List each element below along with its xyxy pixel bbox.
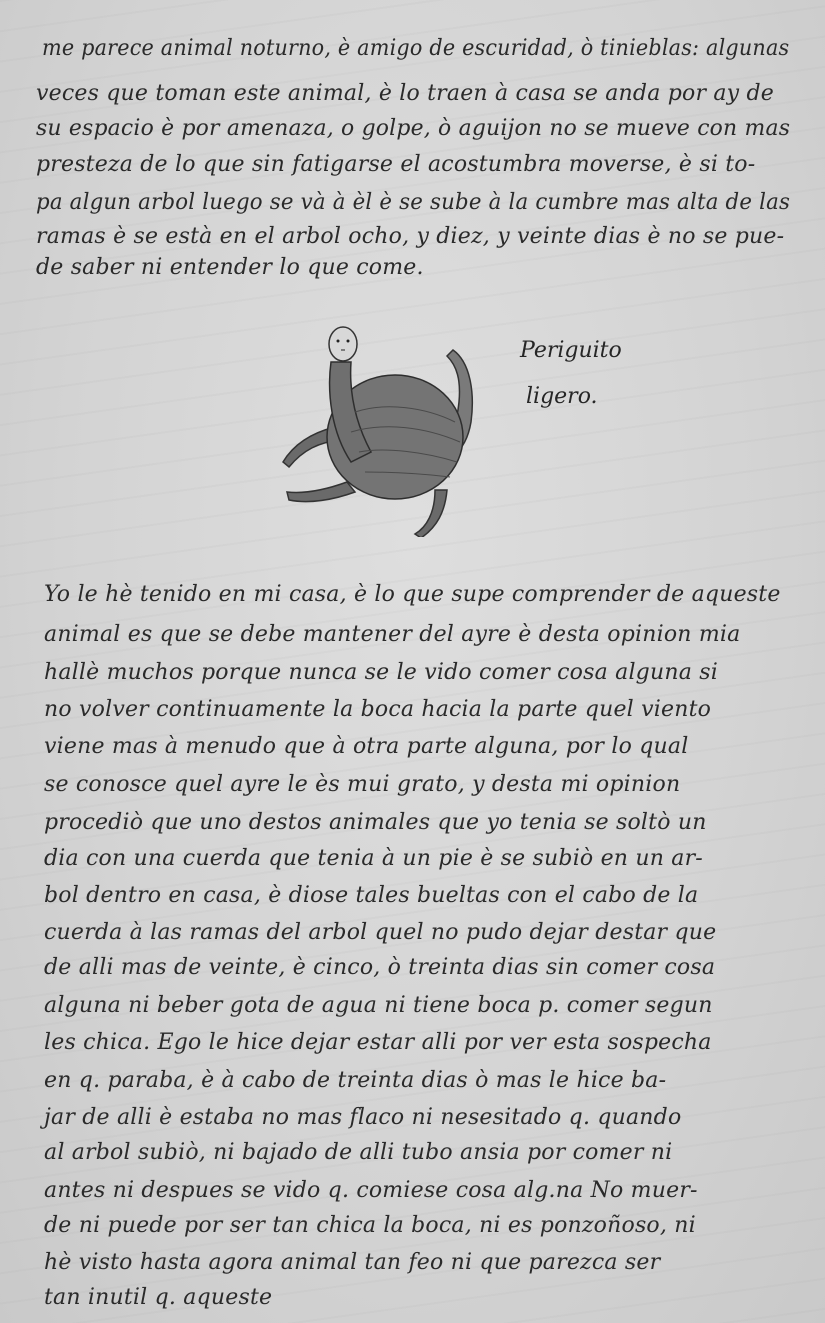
sloth-drawing-icon — [275, 322, 500, 537]
text-line: dia con una cuerda que tenia à un pie è … — [44, 846, 703, 871]
text-line: bol dentro en casa, è diose tales buelta… — [44, 883, 698, 908]
text-line: hallè muchos porque nunca se le vido com… — [44, 660, 718, 685]
text-line: tan inutil q. aqueste — [44, 1285, 272, 1310]
text-line: no volver continuamente la boca hacia la… — [44, 697, 711, 722]
text-line: de ni puede por ser tan chica la boca, n… — [44, 1213, 696, 1238]
text-line: viene mas à menudo que à otra parte algu… — [44, 734, 688, 759]
text-line: se conosce quel ayre le ès mui grato, y … — [44, 772, 680, 797]
text-line: alguna ni beber gota de agua ni tiene bo… — [44, 993, 713, 1018]
text-line: pa algun arbol luego se và à èl è se sub… — [36, 190, 790, 215]
text-line: ramas è se està en el arbol ocho, y diez… — [36, 224, 784, 249]
text-line: me parece animal noturno, è amigo de esc… — [42, 36, 789, 61]
text-line: hè visto hasta agora animal tan feo ni q… — [44, 1250, 660, 1275]
text-line: Yo le hè tenido en mi casa, è lo que sup… — [44, 582, 781, 607]
illustration-perezoso — [275, 322, 500, 537]
text-line: en q. paraba, è à cabo de treinta dias ò… — [44, 1068, 666, 1093]
text-line: de saber ni entender lo que come. — [36, 255, 424, 280]
text-line: presteza de lo que sin fatigarse el acos… — [36, 152, 755, 177]
text-line: cuerda à las ramas del arbol quel no pud… — [44, 920, 716, 945]
text-line: al arbol subiò, ni bajado de alli tubo a… — [44, 1140, 672, 1165]
text-line: de alli mas de veinte, è cinco, ò treint… — [44, 955, 715, 980]
text-line: antes ni despues se vido q. comiese cosa… — [44, 1178, 698, 1203]
figure-caption-line2: ligero. — [526, 384, 598, 409]
text-line: procediò que uno destos animales que yo … — [44, 810, 707, 835]
text-line: veces que toman este animal, è lo traen … — [36, 81, 774, 106]
text-line: su espacio è por amenaza, o golpe, ò agu… — [36, 116, 790, 141]
figure-caption-line1: Periguito — [520, 338, 622, 363]
text-line: animal es que se debe mantener del ayre … — [44, 622, 740, 647]
text-line: les chica. Ego le hice dejar estar alli … — [44, 1030, 712, 1055]
text-line: jar de alli è estaba no mas flaco ni nes… — [44, 1105, 681, 1130]
